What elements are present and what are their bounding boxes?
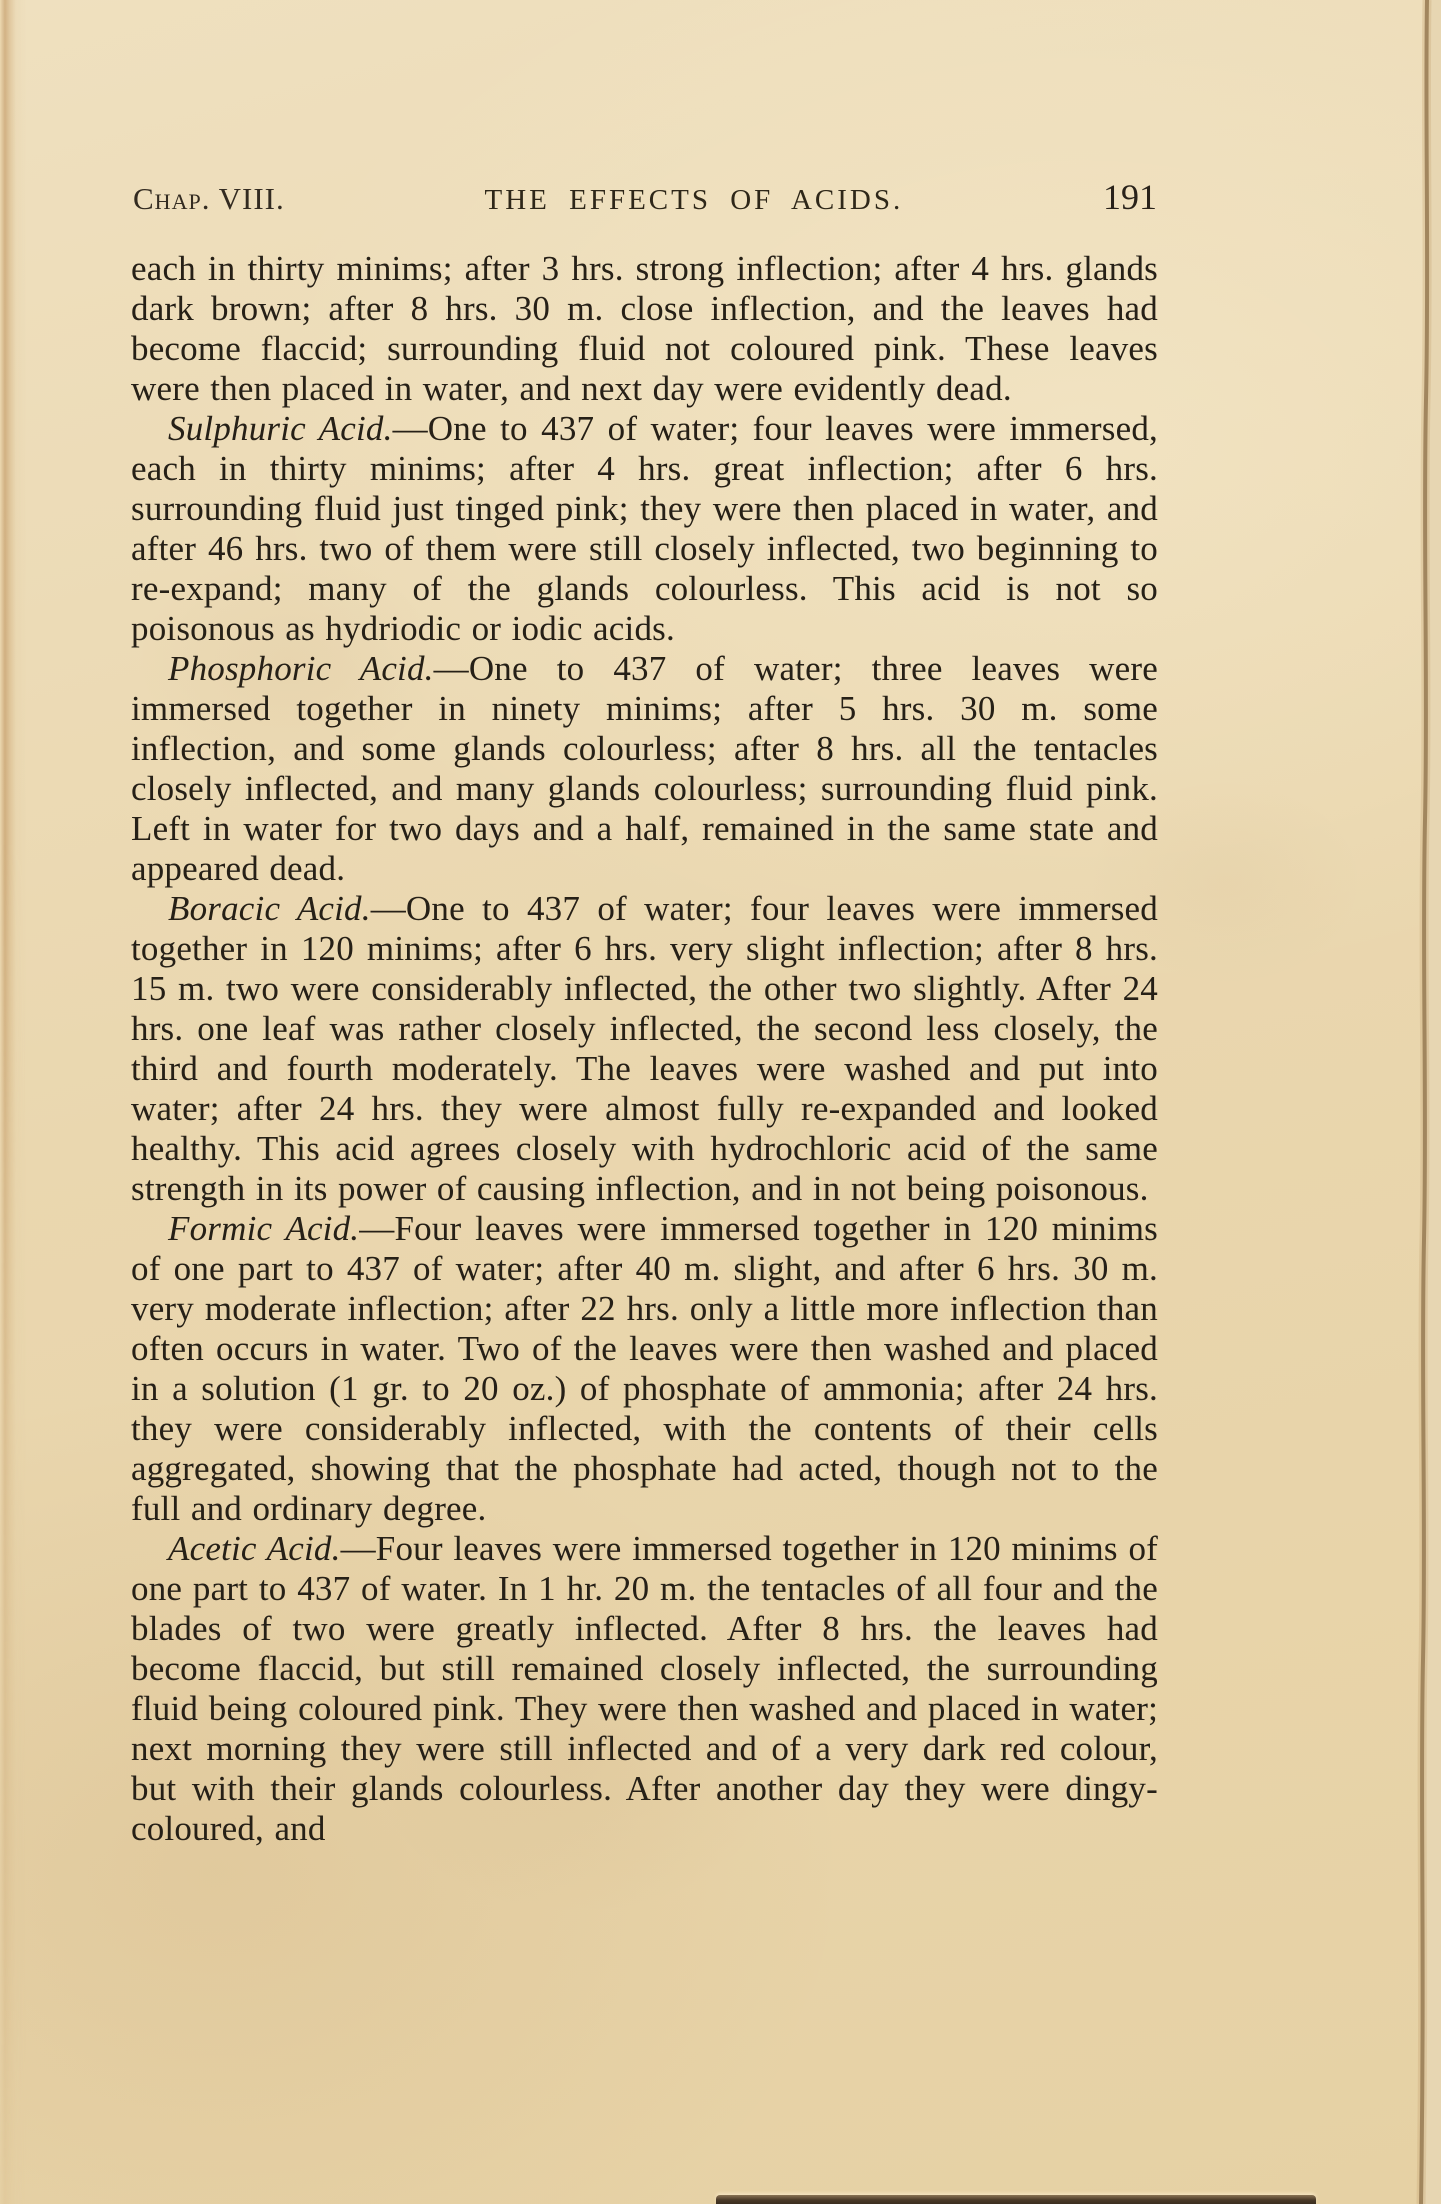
paragraph-text: each in thirty minims; after 3 hrs. stro… bbox=[131, 249, 1158, 408]
page-number: 191 bbox=[1103, 176, 1157, 218]
page-header: Chap. VIII. THE EFFECTS OF ACIDS. 191 bbox=[133, 176, 1157, 218]
paragraph-text: —One to 437 of water; four leaves were i… bbox=[131, 889, 1158, 1208]
page-right-edge bbox=[1401, 0, 1441, 2204]
paragraph: Sulphuric Acid.—One to 437 of water; fou… bbox=[131, 409, 1158, 649]
paragraph-text: —Four leaves were immersed together in 1… bbox=[131, 1529, 1158, 1848]
chapter-label: Chap. VIII. bbox=[133, 181, 285, 217]
acid-name-lead: Sulphuric Acid. bbox=[168, 409, 393, 448]
acid-name-lead: Acetic Acid. bbox=[168, 1529, 341, 1568]
paragraph: each in thirty minims; after 3 hrs. stro… bbox=[131, 249, 1158, 409]
acid-name-lead: Formic Acid. bbox=[168, 1209, 359, 1248]
paragraph: Formic Acid.—Four leaves were immersed t… bbox=[131, 1209, 1158, 1529]
paragraph: Acetic Acid.—Four leaves were immersed t… bbox=[131, 1529, 1158, 1849]
bottom-page-shadow bbox=[716, 2195, 1316, 2204]
paragraph: Phosphoric Acid.—One to 437 of water; th… bbox=[131, 649, 1158, 889]
book-page-scan: Chap. VIII. THE EFFECTS OF ACIDS. 191 ea… bbox=[0, 0, 1441, 2204]
text-block: each in thirty minims; after 3 hrs. stro… bbox=[131, 249, 1158, 1849]
acid-name-lead: Boracic Acid. bbox=[168, 889, 371, 928]
paragraph: Boracic Acid.—One to 437 of water; four … bbox=[131, 889, 1158, 1209]
page-left-crease bbox=[0, 0, 26, 2204]
acid-name-lead: Phosphoric Acid. bbox=[168, 649, 434, 688]
paragraph-text: —Four leaves were immersed together in 1… bbox=[131, 1209, 1158, 1528]
running-title: THE EFFECTS OF ACIDS. bbox=[285, 184, 1103, 217]
